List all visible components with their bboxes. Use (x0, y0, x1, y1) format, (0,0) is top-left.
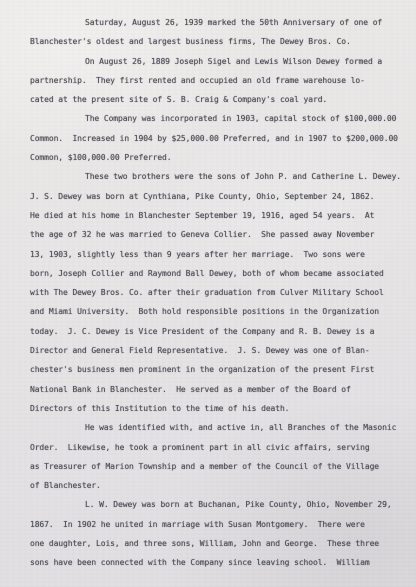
text-line: of Blanchester. (30, 476, 408, 495)
text-line: National Bank in Blanchester. He served … (30, 380, 408, 399)
text-line: 13, 1903, slightly less than 9 years aft… (30, 245, 408, 264)
text-line: as Treasurer of Marion Township and a me… (30, 457, 408, 476)
text-line: partnership. They first rented and occup… (30, 71, 408, 90)
text-line: Saturday, August 26, 1939 marked the 50t… (30, 13, 408, 32)
text-line: Director and General Field Representativ… (30, 341, 408, 360)
paragraph: The Company was incorporated in 1903, ca… (30, 109, 408, 167)
text-line: with The Dewey Bros. Co. after their gra… (30, 283, 408, 302)
text-line: cated at the present site of S. B. Craig… (30, 90, 408, 109)
text-line: Blanchester's oldest and largest busines… (30, 32, 408, 51)
text-line: These two brothers were the sons of John… (30, 167, 408, 186)
paragraph: He was identified with, and active in, a… (30, 418, 408, 495)
paragraph: Saturday, August 26, 1939 marked the 50t… (30, 13, 408, 52)
text-line: He was identified with, and active in, a… (30, 418, 408, 437)
text-line: L. W. Dewey was born at Buchanan, Pike C… (30, 495, 408, 514)
text-line: Common, $100,000.00 Preferred. (30, 148, 408, 167)
text-line: Common. Increased in 1904 by $25,000.00 … (30, 129, 408, 148)
text-line: Order. Likewise, he took a prominent par… (30, 438, 408, 457)
text-line: The Company was incorporated in 1903, ca… (30, 109, 408, 128)
typewritten-text-block: Saturday, August 26, 1939 marked the 50t… (30, 13, 408, 573)
text-line: the age of 32 he was married to Geneva C… (30, 225, 408, 244)
document-page: Saturday, August 26, 1939 marked the 50t… (0, 0, 416, 587)
text-line: 1867. In 1902 he united in marriage with… (30, 515, 408, 534)
text-line: J. S. Dewey was born at Cynthiana, Pike … (30, 187, 408, 206)
paragraph: These two brothers were the sons of John… (30, 167, 408, 418)
text-line: sons have been connected with the Compan… (30, 553, 408, 572)
text-line: one daughter, Lois, and three sons, Will… (30, 534, 408, 553)
text-line: Directors of this Institution to the tim… (30, 399, 408, 418)
text-line: chester's business men prominent in the … (30, 360, 408, 379)
text-line: born, Joseph Collier and Raymond Ball De… (30, 264, 408, 283)
text-line: and Miami University. Both hold responsi… (30, 302, 408, 321)
paragraph: On August 26, 1889 Joseph Sigel and Lewi… (30, 52, 408, 110)
text-line: today. J. C. Dewey is Vice President of … (30, 322, 408, 341)
text-line: He died at his home in Blanchester Septe… (30, 206, 408, 225)
text-line: On August 26, 1889 Joseph Sigel and Lewi… (30, 52, 408, 71)
paragraph: L. W. Dewey was born at Buchanan, Pike C… (30, 495, 408, 572)
